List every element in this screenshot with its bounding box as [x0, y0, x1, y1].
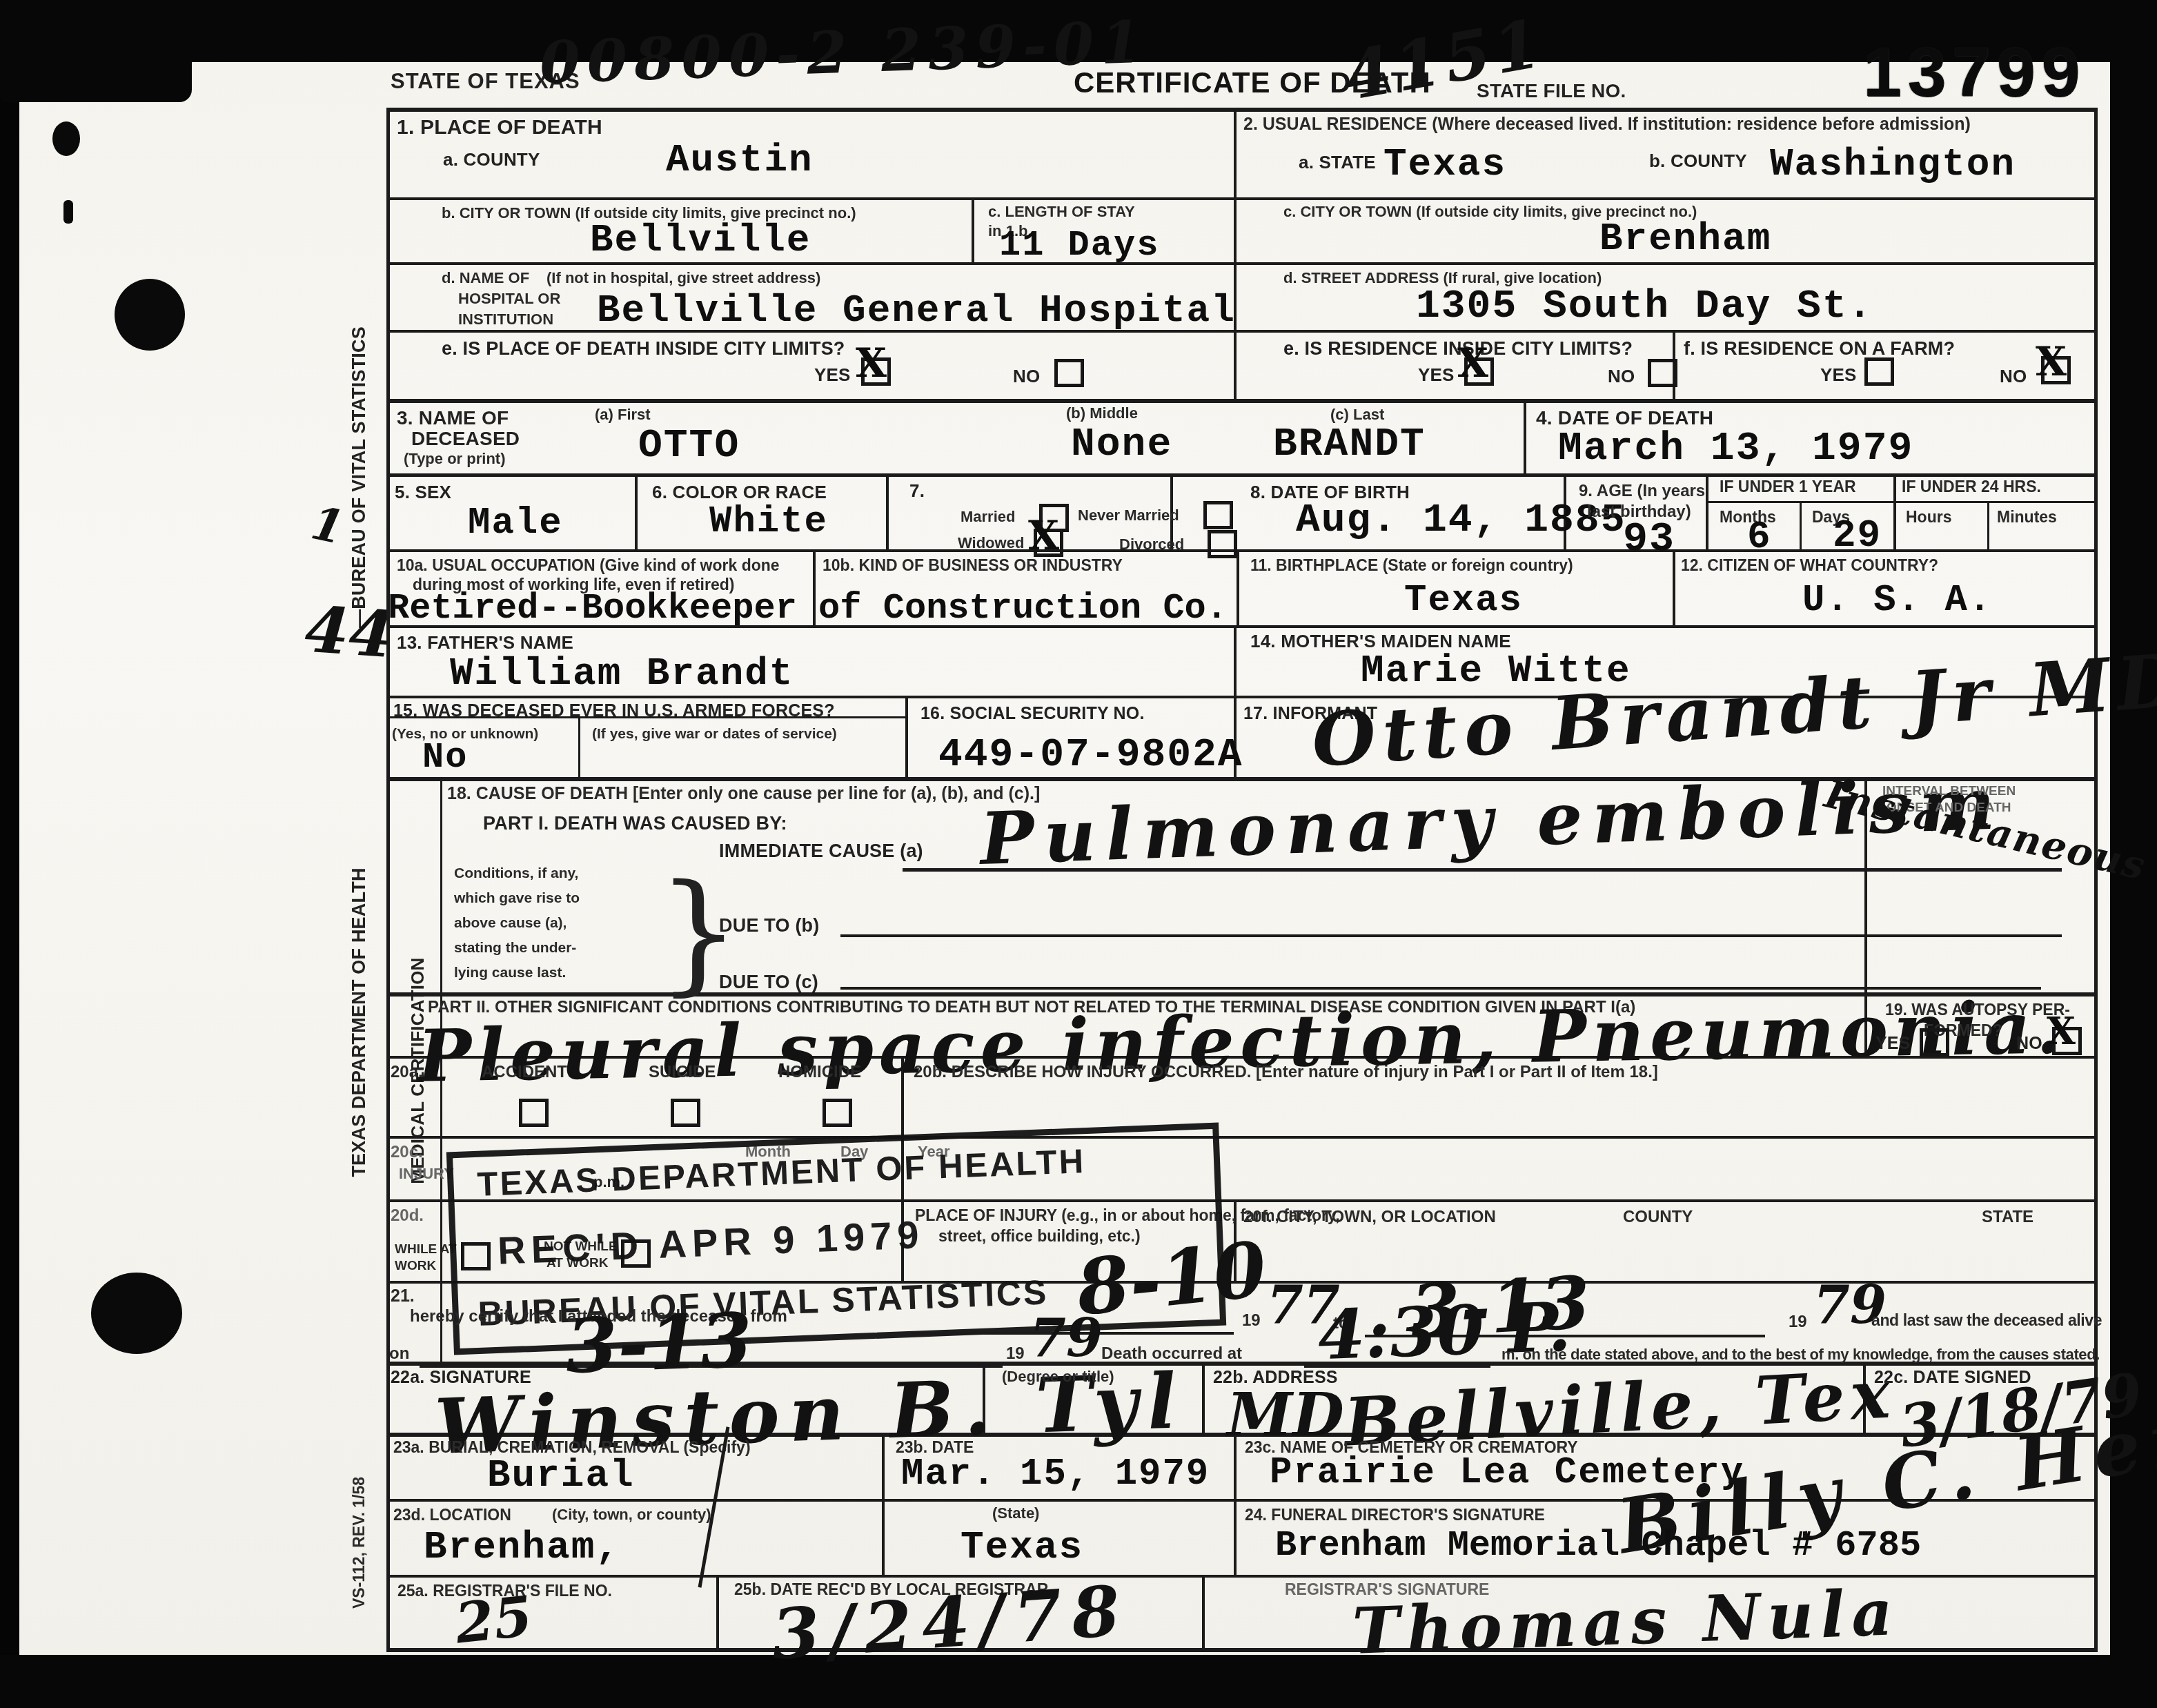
while-at-work-label-1: WHILE AT [395, 1242, 457, 1257]
hospital-label: d. NAME OF [442, 269, 529, 287]
conditions-note-3: above cause (a), [454, 915, 567, 932]
middle-name-value: None [1071, 422, 1172, 467]
farm-yes-label: YES [1820, 364, 1857, 386]
funeral-director-label: 24. FUNERAL DIRECTOR'S SIGNATURE [1245, 1506, 1545, 1524]
widowed-mark: X [1028, 512, 1059, 559]
injury-20d-label: 20d. [391, 1206, 424, 1226]
death-limits-yes-label: YES [814, 364, 851, 386]
injury-county-label: COUNTY [1623, 1208, 1693, 1227]
conditions-note-5: lying cause last. [454, 965, 566, 981]
autopsy-no-mark: X [2047, 1009, 2076, 1053]
name-section-label-3: (Type or print) [404, 450, 505, 468]
last-name-value: BRANDT [1273, 422, 1426, 467]
widowed-label: Widowed [958, 534, 1024, 552]
race-label: 6. COLOR OR RACE [652, 482, 827, 503]
hospital-label-2: HOSPITAL OR [458, 290, 560, 308]
usual-residence-section-label: 2. USUAL RESIDENCE (Where deceased lived… [1243, 115, 1971, 135]
street-address-value: 1305 South Day St. [1416, 284, 1873, 329]
residence-county-label: b. COUNTY [1649, 150, 1747, 172]
sidebar-form-code: VS-112, REV. 1/58 [350, 1460, 368, 1626]
death-limits-yes-mark: X [856, 340, 887, 386]
place-of-death-section-label: 1. PLACE OF DEATH [397, 116, 602, 139]
never-married-checkbox [1203, 501, 1233, 529]
homicide-checkbox [823, 1099, 852, 1127]
scan-band-top-left [0, 0, 192, 102]
residence-state-value: Texas [1383, 142, 1506, 186]
burial-location-label: 23d. LOCATION [393, 1506, 511, 1524]
burial-location-value: Brenham, [424, 1525, 620, 1569]
hospital-note: (If not in hospital, give street address… [546, 269, 820, 287]
county-of-death-label: a. COUNTY [443, 149, 540, 170]
father-name-value: William Brandt [450, 651, 794, 696]
married-label: Married [961, 508, 1015, 526]
conditions-note-1: Conditions, if any, [454, 865, 578, 882]
injury-city-label: 20f. CITY, TOWN, OR LOCATION [1243, 1208, 1496, 1227]
divorced-label: Divorced [1119, 536, 1184, 553]
if-under-1-year-label: IF UNDER 1 YEAR [1720, 478, 1856, 496]
address-22b-label: 22b. ADDRESS [1213, 1368, 1338, 1388]
death-limits-no-label: NO [1013, 366, 1040, 387]
death-city-limits-label: e. IS PLACE OF DEATH INSIDE CITY LIMITS? [442, 338, 845, 360]
year-prefix-3: 19 [1006, 1344, 1025, 1364]
first-name-label: (a) First [595, 406, 651, 424]
ssn-value: 449-07-9802A [938, 733, 1243, 778]
due-to-b-label: DUE TO (b) [719, 915, 820, 936]
margin-handwriting-44: 44 [302, 592, 395, 673]
accident-label: ACCIDENT [482, 1063, 567, 1082]
immediate-cause-label: IMMEDIATE CAUSE (a) [719, 841, 923, 862]
death-limits-no-checkbox [1054, 359, 1084, 387]
conditions-note-2: which gave rise to [454, 890, 580, 907]
part1-label: PART I. DEATH WAS CAUSED BY: [483, 813, 787, 834]
suicide-checkbox [671, 1099, 700, 1127]
age-value: 93 [1623, 516, 1675, 563]
farm-no-label: NO [2000, 366, 2027, 387]
ssn-label: 16. SOCIAL SECURITY NO. [920, 704, 1145, 724]
certify-tail-1: and last saw the deceased alive [1871, 1311, 2102, 1330]
stamp-line-1: TEXAS DEPARTMENT OF HEALTH [477, 1142, 1086, 1204]
never-married-label: Never Married [1078, 507, 1179, 524]
scan-band-bottom [0, 1655, 2157, 1708]
hours-label: Hours [1906, 508, 1951, 527]
farm-label: f. IS RESIDENCE ON A FARM? [1684, 338, 1955, 360]
injury-20a-label: 20a. [391, 1063, 423, 1082]
armed-forces-label: 15. WAS DECEASED EVER IN U.S. ARMED FORC… [393, 701, 835, 721]
autopsy-no-label: NO [2016, 1034, 2042, 1054]
scan-speck-1 [52, 121, 80, 156]
middle-name-label: (b) Middle [1066, 404, 1138, 422]
industry-label: 10b. KIND OF BUSINESS OR INDUSTRY [823, 556, 1123, 575]
length-of-stay-value: 11 Days [999, 225, 1159, 266]
days-value: 29 [1833, 513, 1882, 558]
residence-state-label: a. STATE [1299, 152, 1376, 173]
burial-state-sub: (State) [992, 1504, 1039, 1522]
sex-label: 5. SEX [395, 482, 451, 503]
scanned-death-certificate: —BUREAU OF VITAL STATISTICS TEXAS DEPART… [0, 0, 2157, 1708]
residence-limits-no-label: NO [1608, 366, 1635, 387]
months-value: 6 [1747, 515, 1772, 559]
conditions-note-4: stating the under- [454, 940, 576, 956]
sidebar-dept-label: TEXAS DEPARTMENT OF HEALTH [348, 747, 370, 1299]
armed-forces-sub-2: (If yes, give war or dates of service) [592, 726, 837, 743]
on-label: on [389, 1344, 409, 1364]
injury-20c-label: 20c. [391, 1143, 423, 1162]
farm-yes-checkbox [1864, 357, 1894, 386]
punch-hole-top [115, 279, 185, 351]
state-file-no-label: STATE FILE NO. [1477, 80, 1626, 102]
injury-state-label: STATE [1982, 1208, 2033, 1227]
autopsy-label-1: 19. WAS AUTOPSY PER- [1885, 1001, 2070, 1019]
marital-label: 7. [909, 480, 925, 502]
burial-date-value: Mar. 15, 1979 [901, 1453, 1210, 1495]
residence-county-value: Washington [1770, 142, 2016, 186]
father-name-label: 13. FATHER'S NAME [397, 632, 573, 654]
degree-or-title-label: (Degree or title) [1002, 1368, 1114, 1386]
year-prefix-2: 19 [1789, 1313, 1807, 1332]
date-of-death-value: March 13, 1979 [1558, 426, 1913, 471]
accident-checkbox [519, 1099, 549, 1127]
occupation-label: 10a. USUAL OCCUPATION (Give kind of work… [397, 556, 780, 575]
birthplace-value: Texas [1404, 580, 1523, 622]
autopsy-yes-label: YES [1875, 1034, 1911, 1054]
age-label-1: 9. AGE (In years [1579, 482, 1705, 501]
length-of-stay-label: c. LENGTH OF STAY [988, 203, 1135, 221]
residence-city-value: Brenham [1599, 217, 1771, 261]
funeral-home-value: Brenham Memorial Chapel # 6785 [1275, 1525, 1921, 1566]
county-of-death-value: Austin [666, 138, 814, 182]
burial-state-value: Texas [961, 1525, 1083, 1569]
scan-speck-2 [63, 200, 73, 224]
armed-forces-value: No [422, 737, 468, 778]
residence-limits-yes-mark: X [1457, 340, 1488, 386]
citizen-label: 12. CITIZEN OF WHAT COUNTRY? [1681, 556, 1938, 575]
divorced-checkbox [1208, 530, 1237, 558]
minutes-label: Minutes [1997, 508, 2057, 527]
stamp-line-2: REC'D APR 9 1979 [497, 1212, 925, 1273]
occupation-value: Retired--Bookkeeper of Construction Co. [388, 588, 1228, 629]
farm-no-mark: X [2036, 338, 2067, 385]
punch-hole-bottom [91, 1273, 182, 1354]
injury-20c-injury: INJURY [399, 1165, 454, 1183]
while-at-work-label-2: WORK [395, 1259, 436, 1274]
sex-value: Male [468, 502, 563, 544]
suicide-label: SUICIDE [649, 1063, 716, 1082]
citizen-value: U. S. A. [1802, 580, 1992, 622]
if-under-24-label: IF UNDER 24 HRS. [1902, 478, 2041, 496]
cause-of-death-label: 18. CAUSE OF DEATH [Enter only one cause… [447, 784, 1040, 804]
residence-limits-yes-label: YES [1418, 364, 1455, 386]
registrar-file-value: 25 [452, 1583, 535, 1656]
homicide-label: HOMICIDE [778, 1063, 861, 1082]
autopsy-yes-checkbox [1920, 1028, 1949, 1057]
birthplace-label: 11. BIRTHPLACE (State or foreign country… [1250, 556, 1573, 575]
due-to-c-label: DUE TO (c) [719, 972, 818, 993]
city-of-death-value: Bellville [590, 218, 811, 262]
last-name-label: (c) Last [1330, 406, 1384, 424]
hospital-label-3: INSTITUTION [458, 311, 553, 328]
injury-20b-label: 20b. DESCRIBE HOW INJURY OCCURRED. [Ente… [914, 1063, 1658, 1082]
first-name-value: OTTO [638, 424, 740, 469]
date-of-birth-value: Aug. 14, 1885 [1296, 498, 1626, 543]
race-value: White [709, 501, 828, 543]
name-section-label-2: DECEASED [411, 428, 520, 450]
burial-location-sub: (City, town, or county) [552, 1506, 711, 1524]
certify-21-label: 21. [391, 1286, 415, 1306]
name-section-label-1: 3. NAME OF [397, 407, 509, 429]
state-file-number: 13799 [1863, 33, 2086, 112]
residence-limits-no-checkbox [1648, 359, 1677, 387]
year-prefix-1: 19 [1242, 1311, 1261, 1331]
hospital-value: Bellville General Hospital [597, 288, 1236, 333]
burial-value: Burial [487, 1453, 635, 1498]
